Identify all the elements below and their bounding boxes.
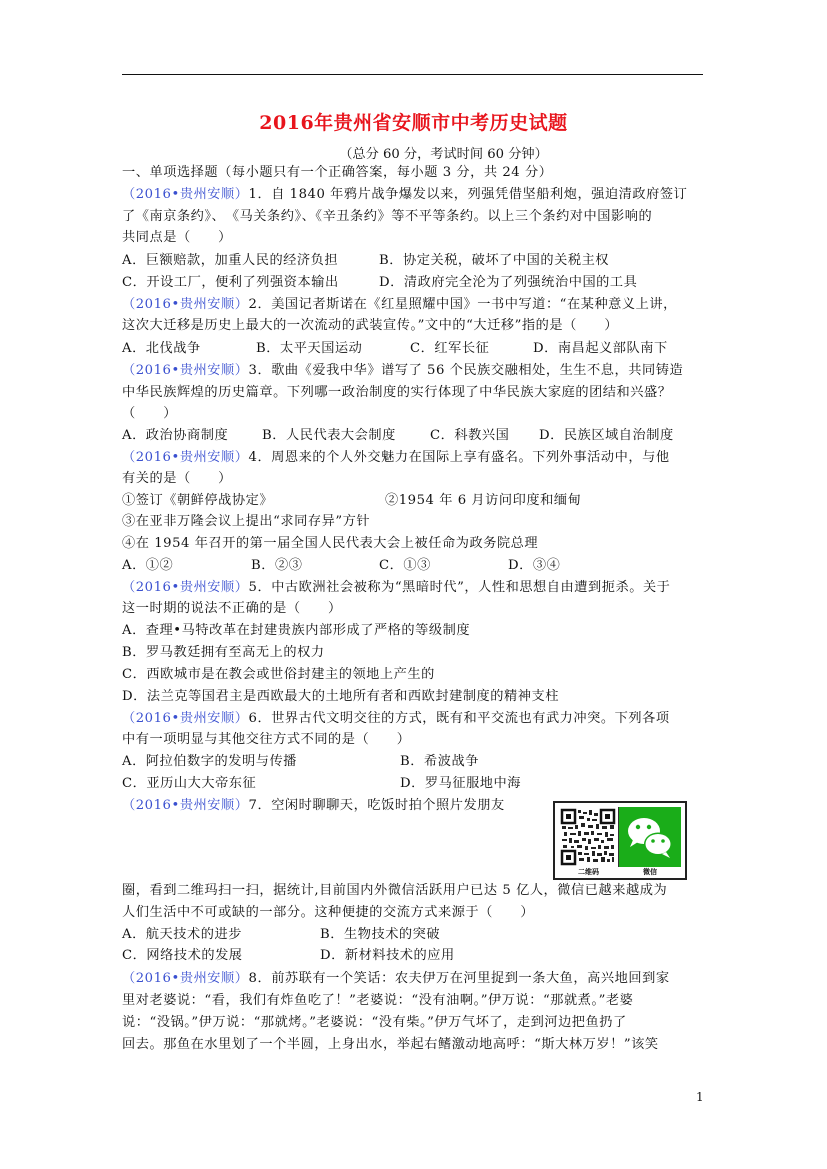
page-number: 1 <box>696 1089 704 1105</box>
question-2-option-c: C．红军长征 <box>410 339 489 359</box>
source-tag: （2016•贵州安顺） <box>122 187 249 202</box>
question-3-line-3: （ ） <box>122 404 177 424</box>
section-heading: 一、单项选择题（每小题只有一个正确答案，每小题 3 分，共 24 分） <box>122 163 552 183</box>
question-8-line-4: 回去。那鱼在水里划了一个半圆，上身出水，举起右鳍激动地高呼：“斯大林万岁！”该笑 <box>122 1035 659 1055</box>
question-1-line-1: （2016•贵州安顺）1．自 1840 年鸦片战争爆发以来，列强凭借坚船利炮，强… <box>122 185 687 205</box>
document-subtitle: （总分 60 分，考试时间 60 分钟） <box>0 145 827 165</box>
exam-page: 2016年贵州省安顺市中考历史试题 （总分 60 分，考试时间 60 分钟） 一… <box>0 0 827 1169</box>
header-rule <box>122 74 703 75</box>
question-1-option-c: C．开设工厂，便利了列强资本输出 <box>122 273 339 293</box>
wechat-logo <box>619 807 681 867</box>
question-4-item-2: ②1954 年 6 月访问印度和缅甸 <box>385 491 581 511</box>
qr-code-image <box>559 807 619 867</box>
question-4-line-2: 有关的是（ ） <box>122 469 232 489</box>
source-tag: （2016•贵州安顺） <box>122 297 249 312</box>
question-7-option-c: C．网络技术的发展 <box>122 946 243 966</box>
question-6-line-1: （2016•贵州安顺）6．世界古代文明交往的方式，既有和平交流也有武力冲突。下列… <box>122 709 670 729</box>
question-5-option-a: A．查理•马特改革在封建贵族内部形成了严格的等级制度 <box>122 621 470 641</box>
source-tag: （2016•贵州安顺） <box>122 798 249 813</box>
wechat-caption: 微信 <box>619 867 681 877</box>
question-3-option-a: A．政治协商制度 <box>122 426 228 446</box>
source-tag: （2016•贵州安顺） <box>122 711 249 726</box>
question-7-option-d: D．新材料技术的应用 <box>320 946 455 966</box>
question-5-line-1: （2016•贵州安顺）5．中古欧洲社会被称为“黑暗时代”，人性和思想自由遭到扼杀… <box>122 578 670 598</box>
question-1-line-3: 共同点是（ ） <box>122 228 232 248</box>
question-4-option-b: B．②③ <box>251 556 302 576</box>
source-tag: （2016•贵州安顺） <box>122 580 249 595</box>
question-4-option-d: D．③④ <box>508 556 560 576</box>
question-3-line-1: （2016•贵州安顺）3．歌曲《爱我中华》谱写了 56 个民族交融相处，生生不息… <box>122 361 683 381</box>
question-4-item-3: ③在亚非万隆会议上提出“求同存异”方针 <box>122 512 370 532</box>
question-7-line-1: （2016•贵州安顺）7．空闲时聊聊天，吃饭时拍个照片发朋友 <box>122 796 505 816</box>
question-3-line-2: 中华民族辉煌的历史篇章。下列哪一政治制度的实行体现了中华民族大家庭的团结和兴盛？ <box>122 383 672 403</box>
document-title: 2016年贵州省安顺市中考历史试题 <box>0 111 827 135</box>
question-2-line-2: 这次大迁移是历史上最大的一次流动的武装宣传。”文中的“大迁移”指的是（ ） <box>122 316 618 336</box>
question-3-option-c: C．科教兴国 <box>430 426 509 446</box>
question-7-line-2: 圈，看到二维玛扫一扫，据统计,目前国内外微信活跃用户已达 5 亿人，微信已越来越… <box>122 881 667 901</box>
question-1-line-2: 了《南京条约》、 《马关条约》、《辛丑条约》等不平等条约。以上三个条约对中国影响… <box>122 207 652 227</box>
question-2-option-d: D．南昌起义部队南下 <box>533 339 668 359</box>
question-6-line-2: 中有一项明显与其他交往方式不同的是（ ） <box>122 730 411 750</box>
question-5-option-d: D．法兰克等国君主是西欧最大的土地所有者和西欧封建制度的精神支柱 <box>122 687 559 707</box>
question-5-option-b: B．罗马教廷拥有至高无上的权力 <box>122 643 325 663</box>
question-6-option-b: B．希波战争 <box>400 752 479 772</box>
question-2-option-a: A．北伐战争 <box>122 339 201 359</box>
question-6-option-a: A．阿拉伯数字的发明与传播 <box>122 752 297 772</box>
source-tag: （2016•贵州安顺） <box>122 971 249 986</box>
question-4-item-1: ①签订《朝鲜停战协定》 <box>122 491 273 511</box>
qr-code-icon <box>559 807 617 867</box>
question-4-line-1: （2016•贵州安顺）4．周恩来的个人外交魅力在国际上享有盛名。下列外事活动中，… <box>122 448 670 468</box>
question-4-option-a: A．①② <box>122 556 173 576</box>
question-1-option-d: D．清政府完全沦为了列强统治中国的工具 <box>379 273 637 293</box>
wechat-icon <box>619 807 681 867</box>
question-7-option-b: B．生物技术的突破 <box>320 925 440 945</box>
question-2-line-1: （2016•贵州安顺）2．美国记者斯诺在《红星照耀中国》一书中写道：“在某种意义… <box>122 295 677 315</box>
question-4-option-c: C．①③ <box>379 556 431 576</box>
question-3-option-d: D．民族区域自治制度 <box>539 426 674 446</box>
question-6-option-c: C．亚历山大大帝东征 <box>122 774 256 794</box>
question-3-option-b: B．人民代表大会制度 <box>262 426 396 446</box>
question-5-line-2: 这一时期的说法不正确的是（ ） <box>122 599 342 619</box>
question-5-option-c: C．西欧城市是在教会或世俗封建主的领地上产生的 <box>122 665 435 685</box>
question-4-item-4: ④在 1954 年召开的第一届全国人民代表大会上被任命为政务院总理 <box>122 534 538 554</box>
question-7-option-a: A．航天技术的进步 <box>122 925 242 945</box>
question-2-option-b: B．太平天国运动 <box>256 339 362 359</box>
source-tag: （2016•贵州安顺） <box>122 363 249 378</box>
question-8-line-2: 里对老婆说：“看，我们有炸鱼吃了！”老婆说：“没有油啊。”伊万说：“那就煮。”老… <box>122 991 633 1011</box>
source-tag: （2016•贵州安顺） <box>122 450 249 465</box>
question-6-option-d: D．罗马征服地中海 <box>400 774 521 794</box>
question-8-line-1: （2016•贵州安顺）8．前苏联有一个笑话：农夫伊万在河里捉到一条大鱼，高兴地回… <box>122 969 670 989</box>
qr-caption: 二维码 <box>559 867 618 877</box>
question-8-line-3: 说：“没锅。”伊万说：“那就烤。”老婆说：“没有柴。”伊万气坏了，走到河边把鱼扔… <box>122 1013 627 1033</box>
question-1-option-a: A．巨额赔款，加重人民的经济负担 <box>122 251 338 271</box>
question-7-line-3: 人们生活中不可或缺的一部分。这种便捷的交流方式来源于（ ） <box>122 903 534 923</box>
question-1-option-b: B．协定关税，破坏了中国的关税主权 <box>379 251 609 271</box>
qr-wechat-figure: 二维码 微信 <box>553 801 687 880</box>
